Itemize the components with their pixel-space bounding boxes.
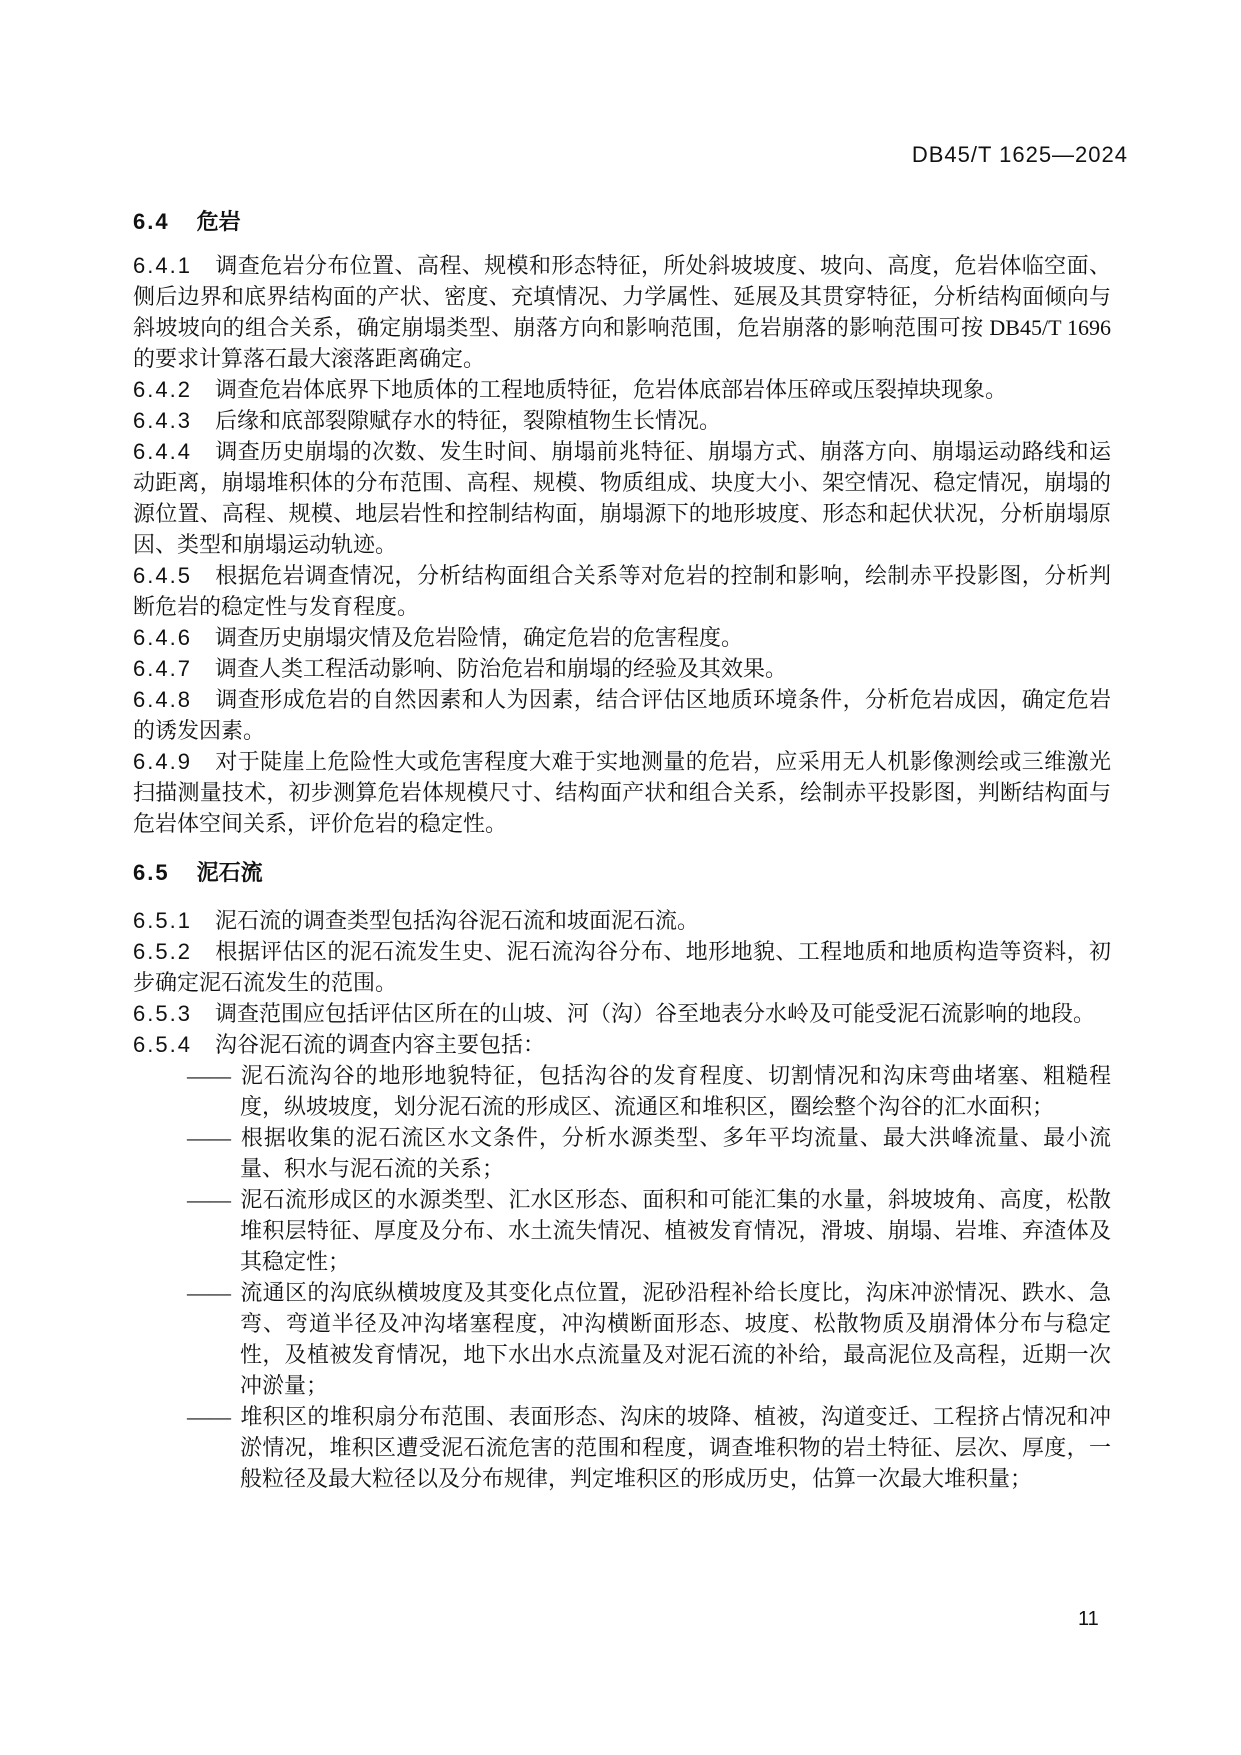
page-number: 11 xyxy=(1078,1606,1099,1632)
clause-text: 根据危岩调查情况，分析结构面组合关系等对危岩的控制和影响，绘制赤平投影图，分析判… xyxy=(133,563,1111,619)
clause-6-4-9: 6.4.9对于陡崖上危险性大或危害程度大难于实地测量的危岩，应采用无人机影像测绘… xyxy=(133,746,1111,839)
dash-marker: —— xyxy=(187,1060,240,1091)
clause-number: 6.5.4 xyxy=(133,1032,192,1057)
clause-number: 6.4.6 xyxy=(133,625,192,650)
clause-number: 6.4.5 xyxy=(133,563,192,588)
clause-number: 6.5.2 xyxy=(133,939,192,964)
document-page: DB45/T 1625—2024 6.4危岩 6.4.1调查危岩分布位置、高程、… xyxy=(0,0,1241,1755)
list-item-text: 流通区的沟底纵横坡度及其变化点位置，泥砂沿程补给长度比，沟床冲淤情况、跌水、急弯… xyxy=(240,1280,1111,1398)
section-heading-6-4: 6.4危岩 xyxy=(133,206,1111,237)
list-item-text: 根据收集的泥石流区水文条件，分析水源类型、多年平均流量、最大洪峰流量、最小流量、… xyxy=(240,1125,1111,1181)
clause-6-5-3: 6.5.3调查范围应包括评估区所在的山坡、河（沟）谷至地表分水岭及可能受泥石流影… xyxy=(133,998,1111,1029)
clause-6-4-3: 6.4.3后缘和底部裂隙赋存水的特征，裂隙植物生长情况。 xyxy=(133,405,1111,436)
clause-6-4-7: 6.4.7调查人类工程活动影响、防治危岩和崩塌的经验及其效果。 xyxy=(133,653,1111,684)
clause-6-5-4-list: ——泥石流沟谷的地形地貌特征，包括沟谷的发育程度、切割情况和沟床弯曲堵塞、粗糙程… xyxy=(187,1060,1111,1494)
clause-6-5-1: 6.5.1泥石流的调查类型包括沟谷泥石流和坡面泥石流。 xyxy=(133,905,1111,936)
clause-6-5-4: 6.5.4沟谷泥石流的调查内容主要包括： xyxy=(133,1029,1111,1060)
clause-6-4-4: 6.4.4调查历史崩塌的次数、发生时间、崩塌前兆特征、崩塌方式、崩落方向、崩塌运… xyxy=(133,436,1111,560)
list-item-text: 泥石流形成区的水源类型、汇水区形态、面积和可能汇集的水量，斜坡坡角、高度，松散堆… xyxy=(240,1187,1111,1274)
clause-text: 调查危岩体底界下地质体的工程地质特征，危岩体底部岩体压碎或压裂掉块现象。 xyxy=(215,377,1007,402)
clause-6-4-2: 6.4.2调查危岩体底界下地质体的工程地质特征，危岩体底部岩体压碎或压裂掉块现象… xyxy=(133,374,1111,405)
dash-marker: —— xyxy=(187,1184,240,1215)
clause-number: 6.4.8 xyxy=(133,687,192,712)
dash-marker: —— xyxy=(187,1122,240,1153)
clause-text: 沟谷泥石流的调查内容主要包括： xyxy=(215,1032,545,1057)
doc-number: DB45/T 1625—2024 xyxy=(133,0,1128,168)
dash-marker: —— xyxy=(187,1401,240,1432)
clause-number: 6.4.4 xyxy=(133,439,192,464)
clause-text: 调查历史崩塌灾情及危岩险情，确定危岩的危害程度。 xyxy=(215,625,743,650)
clause-text: 调查危岩分布位置、高程、规模和形态特征，所处斜坡坡度、坡向、高度，危岩体临空面、… xyxy=(133,253,1111,371)
section-heading-6-5: 6.5泥石流 xyxy=(133,857,1111,888)
clause-number: 6.4.1 xyxy=(133,253,192,278)
clause-number: 6.4.9 xyxy=(133,749,192,774)
list-item: ——流通区的沟底纵横坡度及其变化点位置，泥砂沿程补给长度比，沟床冲淤情况、跌水、… xyxy=(187,1277,1111,1401)
clause-6-4-1: 6.4.1调查危岩分布位置、高程、规模和形态特征，所处斜坡坡度、坡向、高度，危岩… xyxy=(133,250,1111,374)
clause-text: 对于陡崖上危险性大或危害程度大难于实地测量的危岩，应采用无人机影像测绘或三维激光… xyxy=(133,749,1111,836)
clause-text: 调查人类工程活动影响、防治危岩和崩塌的经验及其效果。 xyxy=(215,656,787,681)
section-number: 6.4 xyxy=(133,209,170,234)
list-item: ——堆积区的堆积扇分布范围、表面形态、沟床的坡降、植被，沟道变迁、工程挤占情况和… xyxy=(187,1401,1111,1494)
section-title: 泥石流 xyxy=(197,860,263,885)
clause-text: 调查历史崩塌的次数、发生时间、崩塌前兆特征、崩塌方式、崩落方向、崩塌运动路线和运… xyxy=(133,439,1111,557)
clause-text: 泥石流的调查类型包括沟谷泥石流和坡面泥石流。 xyxy=(215,908,699,933)
clause-6-4-8: 6.4.8调查形成危岩的自然因素和人为因素，结合评估区地质环境条件，分析危岩成因… xyxy=(133,684,1111,746)
section-title: 危岩 xyxy=(197,209,241,234)
list-item: ——根据收集的泥石流区水文条件，分析水源类型、多年平均流量、最大洪峰流量、最小流… xyxy=(187,1122,1111,1184)
clause-number: 6.5.1 xyxy=(133,908,192,933)
clause-number: 6.5.3 xyxy=(133,1001,192,1026)
list-item: ——泥石流沟谷的地形地貌特征，包括沟谷的发育程度、切割情况和沟床弯曲堵塞、粗糙程… xyxy=(187,1060,1111,1122)
clause-6-5-2: 6.5.2根据评估区的泥石流发生史、泥石流沟谷分布、地形地貌、工程地质和地质构造… xyxy=(133,936,1111,998)
clause-number: 6.4.3 xyxy=(133,408,192,433)
dash-marker: —— xyxy=(187,1277,240,1308)
clause-6-4-6: 6.4.6调查历史崩塌灾情及危岩险情，确定危岩的危害程度。 xyxy=(133,622,1111,653)
clause-number: 6.4.7 xyxy=(133,656,192,681)
clause-6-4-5: 6.4.5根据危岩调查情况，分析结构面组合关系等对危岩的控制和影响，绘制赤平投影… xyxy=(133,560,1111,622)
clause-text: 调查范围应包括评估区所在的山坡、河（沟）谷至地表分水岭及可能受泥石流影响的地段。 xyxy=(215,1001,1095,1026)
clause-text: 根据评估区的泥石流发生史、泥石流沟谷分布、地形地貌、工程地质和地质构造等资料，初… xyxy=(133,939,1111,995)
clause-text: 调查形成危岩的自然因素和人为因素，结合评估区地质环境条件，分析危岩成因，确定危岩… xyxy=(133,687,1111,743)
clause-text: 后缘和底部裂隙赋存水的特征，裂隙植物生长情况。 xyxy=(215,408,721,433)
page-content: DB45/T 1625—2024 6.4危岩 6.4.1调查危岩分布位置、高程、… xyxy=(133,0,1111,1494)
list-item-text: 堆积区的堆积扇分布范围、表面形态、沟床的坡降、植被，沟道变迁、工程挤占情况和冲淤… xyxy=(240,1404,1111,1491)
clause-number: 6.4.2 xyxy=(133,377,192,402)
list-item-text: 泥石流沟谷的地形地貌特征，包括沟谷的发育程度、切割情况和沟床弯曲堵塞、粗糙程度，… xyxy=(240,1063,1111,1119)
section-number: 6.5 xyxy=(133,860,170,885)
list-item: ——泥石流形成区的水源类型、汇水区形态、面积和可能汇集的水量，斜坡坡角、高度，松… xyxy=(187,1184,1111,1277)
